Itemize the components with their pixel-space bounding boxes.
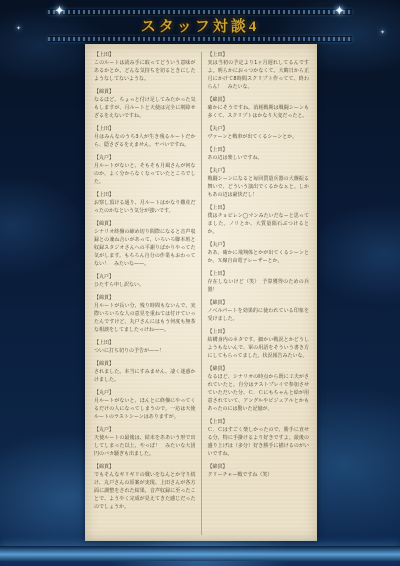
dialogue-block: 【上田】実は当初の予定より1ヶ月遅れしてるんですよ。明らかにおっつかなくて、大晦… xyxy=(208,51,310,91)
dialogue-block: 【上田】存在しないけど（笑） 予算獲得のための兵器！ xyxy=(208,270,310,294)
speaker-label: 【上田】 xyxy=(208,146,310,154)
speaker-label: 【綿貫】 xyxy=(94,88,196,96)
interview-paper-panel: 【上田】このルートは読み手に取ってどういう意味があるかとか、どんな気持ちを切ると… xyxy=(85,44,317,541)
dialogue-text: シナリオ終盤の締め切り間際になると音声収録との兼ね合いがあって、いろいろ脚本班と… xyxy=(94,228,196,268)
dialogue-text: ついに打ち切りの予告が——！ xyxy=(94,347,196,355)
dialogue-text: あの辺は楽しいですね。 xyxy=(208,154,310,162)
speaker-label: 【上田】 xyxy=(94,51,196,59)
title-underline-ornament-band xyxy=(48,37,352,41)
dialogue-block: 【綿貫】されました。本当にすみません、凄く迷惑かけました。 xyxy=(94,360,196,384)
dialogue-text: Ｃ．Ｃはすごく楽しかったので、勝手に直せる分、特に手掛けるより好きですよ。最後の… xyxy=(208,426,310,458)
dialogue-column-left: 【上田】このルートは読み手に取ってどういう意味があるかとか、どんな気持ちを切ると… xyxy=(85,44,201,541)
dialogue-text: ひたすら申し訳ない。 xyxy=(94,281,196,289)
dialogue-text: ノベルパートを効果的に使われている印象を受けました。 xyxy=(208,307,310,323)
dialogue-block: 【上田】Ｃ．Ｃはすごく楽しかったので、勝手に直せる分、特に手掛けるより好きですよ… xyxy=(208,418,310,458)
dialogue-block: 【丸戸】ヴァーンと戦車が出てくるシーンとか。 xyxy=(208,125,310,141)
speaker-label: 【上田】 xyxy=(94,339,196,347)
speaker-label: 【綿貫】 xyxy=(94,294,196,302)
staff-talk-screen: ✦ ✦ ✦ ✦ スタッフ対談4 【上田】このルートは読み手に取ってどういう意味が… xyxy=(0,0,400,566)
dialogue-block: 【綿貫】月ルートが長い分、残り時間もないんで、実際いろいろな人の意見を重ねては付… xyxy=(94,294,196,334)
dialogue-text: されました。本当にすみません、凄く迷惑かけました。 xyxy=(94,368,196,384)
speaker-label: 【丸戸】 xyxy=(94,389,196,397)
dialogue-text: お察し頂ける通り、月ルートはかなり難産だったのかなという気分が強いです。 xyxy=(94,199,196,215)
dialogue-text: 月ルートがないと、そもそも月風さんが何なのか、よく分からなくなっていたところでし… xyxy=(94,162,196,186)
dialogue-text: 戦闘シーンになると毎回質量兵器の大盤振る舞いで、どういう演出でくるかなぁと。しか… xyxy=(208,175,310,199)
speaker-label: 【丸戸】 xyxy=(208,167,310,175)
speaker-label: 【綿貫】 xyxy=(94,220,196,228)
dialogue-block: 【上田】僕はチョビレン◯マンみたいだなーと思ってました。ノリとか、大質量隕石ぶつ… xyxy=(208,204,310,236)
speaker-label: 【上田】 xyxy=(208,418,310,426)
page-title: スタッフ対談4 xyxy=(0,15,400,36)
dialogue-block: 【綿貫】なるほど。ちょっと付け足してみたかった気もしますが、月ルートと天使は完全… xyxy=(94,88,196,120)
dialogue-block: 【丸戸】月ルートがないと、そもそも月風さんが何なのか、よく分からなくなっていたと… xyxy=(94,154,196,186)
speaker-label: 【上田】 xyxy=(208,270,310,278)
dialogue-block: 【綿貫】なるほど、シナリオの時点から既に工夫がされていたと。自分はテストプレイで… xyxy=(208,365,310,413)
dialogue-block: 【上田】このルートは読み手に取ってどういう意味があるかとか、どんな気持ちを切ると… xyxy=(94,51,196,83)
dialogue-text: 月はみんなのうち3人が生き残るルートだから、隠さざるをえません。ヤバいですね。 xyxy=(94,133,196,149)
speaker-label: 【綿貫】 xyxy=(208,96,310,104)
dialogue-block: 【丸戸】天使ルートの最後は、結末をああいう形で出してしまった以上、やっぱ！ みた… xyxy=(94,426,196,458)
speaker-label: 【綿貫】 xyxy=(94,360,196,368)
dialogue-block: 【丸戸】戦闘シーンになると毎回質量兵器の大盤振る舞いで、どういう演出でくるかなぁ… xyxy=(208,167,310,199)
speaker-label: 【上田】 xyxy=(94,125,196,133)
dialogue-block: 【上田】お察し頂ける通り、月ルートはかなり難産だったのかなという気分が強いです。 xyxy=(94,191,196,215)
dialogue-text: クリーチャー戦ですね（笑） xyxy=(208,471,310,479)
dialogue-text: 月ルートが長い分、残り時間もないんで、実際いろいろな人の意見を重ねては付けていっ… xyxy=(94,302,196,334)
bottom-glow-band xyxy=(0,546,400,561)
dialogue-block: 【綿貫】ノベルパートを効果的に使われている印象を受けました。 xyxy=(208,299,310,323)
dialogue-block: 【丸戸】ひたすら申し訳ない。 xyxy=(94,273,196,289)
dialogue-block: 【綿貫】クリーチャー戦ですね（笑） xyxy=(208,463,310,479)
dialogue-block: 【綿貫】確かにそうですね。消耗戦期は戦闘シーンも多くて、スクリプトはかなり大変だ… xyxy=(208,96,310,120)
dialogue-text: でもそんなギリギリの戦いをなんとか守り続け、丸戸さんの原案が実現、上田さんが各方… xyxy=(94,471,196,511)
dialogue-block: 【丸戸】月ルートがないと、ほんとに終盤にやってくるだけの人になってしまうので。一… xyxy=(94,389,196,421)
dialogue-text: なるほど。ちょっと付け足してみたかった気もしますが、月ルートと天使は完全に削除せ… xyxy=(94,96,196,120)
dialogue-text: 実は当初の予定より1ヶ月遅れしてるんですよ。明らかにおっつかなくて、大晦日から正… xyxy=(208,59,310,91)
dialogue-block: 【上田】結構身内のネタです。細かい戦況とかどうしようもないんで、軍の用語をそうい… xyxy=(208,328,310,360)
dialogue-text: ヴァーンと戦車が出てくるシーンとか。 xyxy=(208,133,310,141)
speaker-label: 【綿貫】 xyxy=(208,365,310,373)
dialogue-text: ああ、確かに飛翔体とかが出てくるシーンとか。Ｘ線自由電子レーザーとか。 xyxy=(208,249,310,265)
dialogue-block: 【綿貫】でもそんなギリギリの戦いをなんとか守り続け、丸戸さんの原案が実現、上田さ… xyxy=(94,463,196,511)
dialogue-text: 天使ルートの最後は、結末をああいう形で出してしまった以上、やっぱ！ みたいな大団… xyxy=(94,434,196,458)
speaker-label: 【丸戸】 xyxy=(94,273,196,281)
speaker-label: 【綿貫】 xyxy=(208,299,310,307)
speaker-label: 【上田】 xyxy=(208,204,310,212)
dialogue-block: 【綿貫】シナリオ終盤の締め切り間際になると音声収録との兼ね合いがあって、いろいろ… xyxy=(94,220,196,268)
speaker-label: 【丸戸】 xyxy=(208,125,310,133)
dialogue-block: 【上田】ついに打ち切りの予告が——！ xyxy=(94,339,196,355)
dialogue-text: 僕はチョビレン◯マンみたいだなーと思ってました。ノリとか、大質量隕石ぶつけるとか… xyxy=(208,212,310,236)
speaker-label: 【上田】 xyxy=(208,328,310,336)
dialogue-text: 存在しないけど（笑） 予算獲得のための兵器！ xyxy=(208,278,310,294)
speaker-label: 【上田】 xyxy=(208,51,310,59)
dialogue-block: 【上田】月はみんなのうち3人が生き残るルートだから、隠さざるをえません。ヤバいで… xyxy=(94,125,196,149)
speaker-label: 【綿貫】 xyxy=(94,463,196,471)
speaker-label: 【丸戸】 xyxy=(94,154,196,162)
dialogue-block: 【上田】あの辺は楽しいですね。 xyxy=(208,146,310,162)
speaker-label: 【丸戸】 xyxy=(208,241,310,249)
speaker-label: 【丸戸】 xyxy=(94,426,196,434)
dialogue-text: 確かにそうですね。消耗戦期は戦闘シーンも多くて、スクリプトはかなり大変だったと。 xyxy=(208,104,310,120)
dialogue-text: このルートは読み手に取ってどういう意味があるかとか、どんな気持ちを切るときにした… xyxy=(94,59,196,83)
dialogue-block: 【丸戸】ああ、確かに飛翔体とかが出てくるシーンとか。Ｘ線自由電子レーザーとか。 xyxy=(208,241,310,265)
dialogue-text: なるほど、シナリオの時点から既に工夫がされていたと。自分はテストプレイで参加させ… xyxy=(208,373,310,413)
dialogue-text: 結構身内のネタです。細かい戦況とかどうしようもないんで、軍の用語をそういう書き方… xyxy=(208,336,310,360)
speaker-label: 【綿貫】 xyxy=(208,463,310,471)
top-ornament-band xyxy=(48,10,352,14)
speaker-label: 【上田】 xyxy=(94,191,196,199)
dialogue-column-right: 【上田】実は当初の予定より1ヶ月遅れしてるんですよ。明らかにおっつかなくて、大晦… xyxy=(202,44,318,541)
dialogue-text: 月ルートがないと、ほんとに終盤にやってくるだけの人になってしまうので。一応は天使… xyxy=(94,397,196,421)
